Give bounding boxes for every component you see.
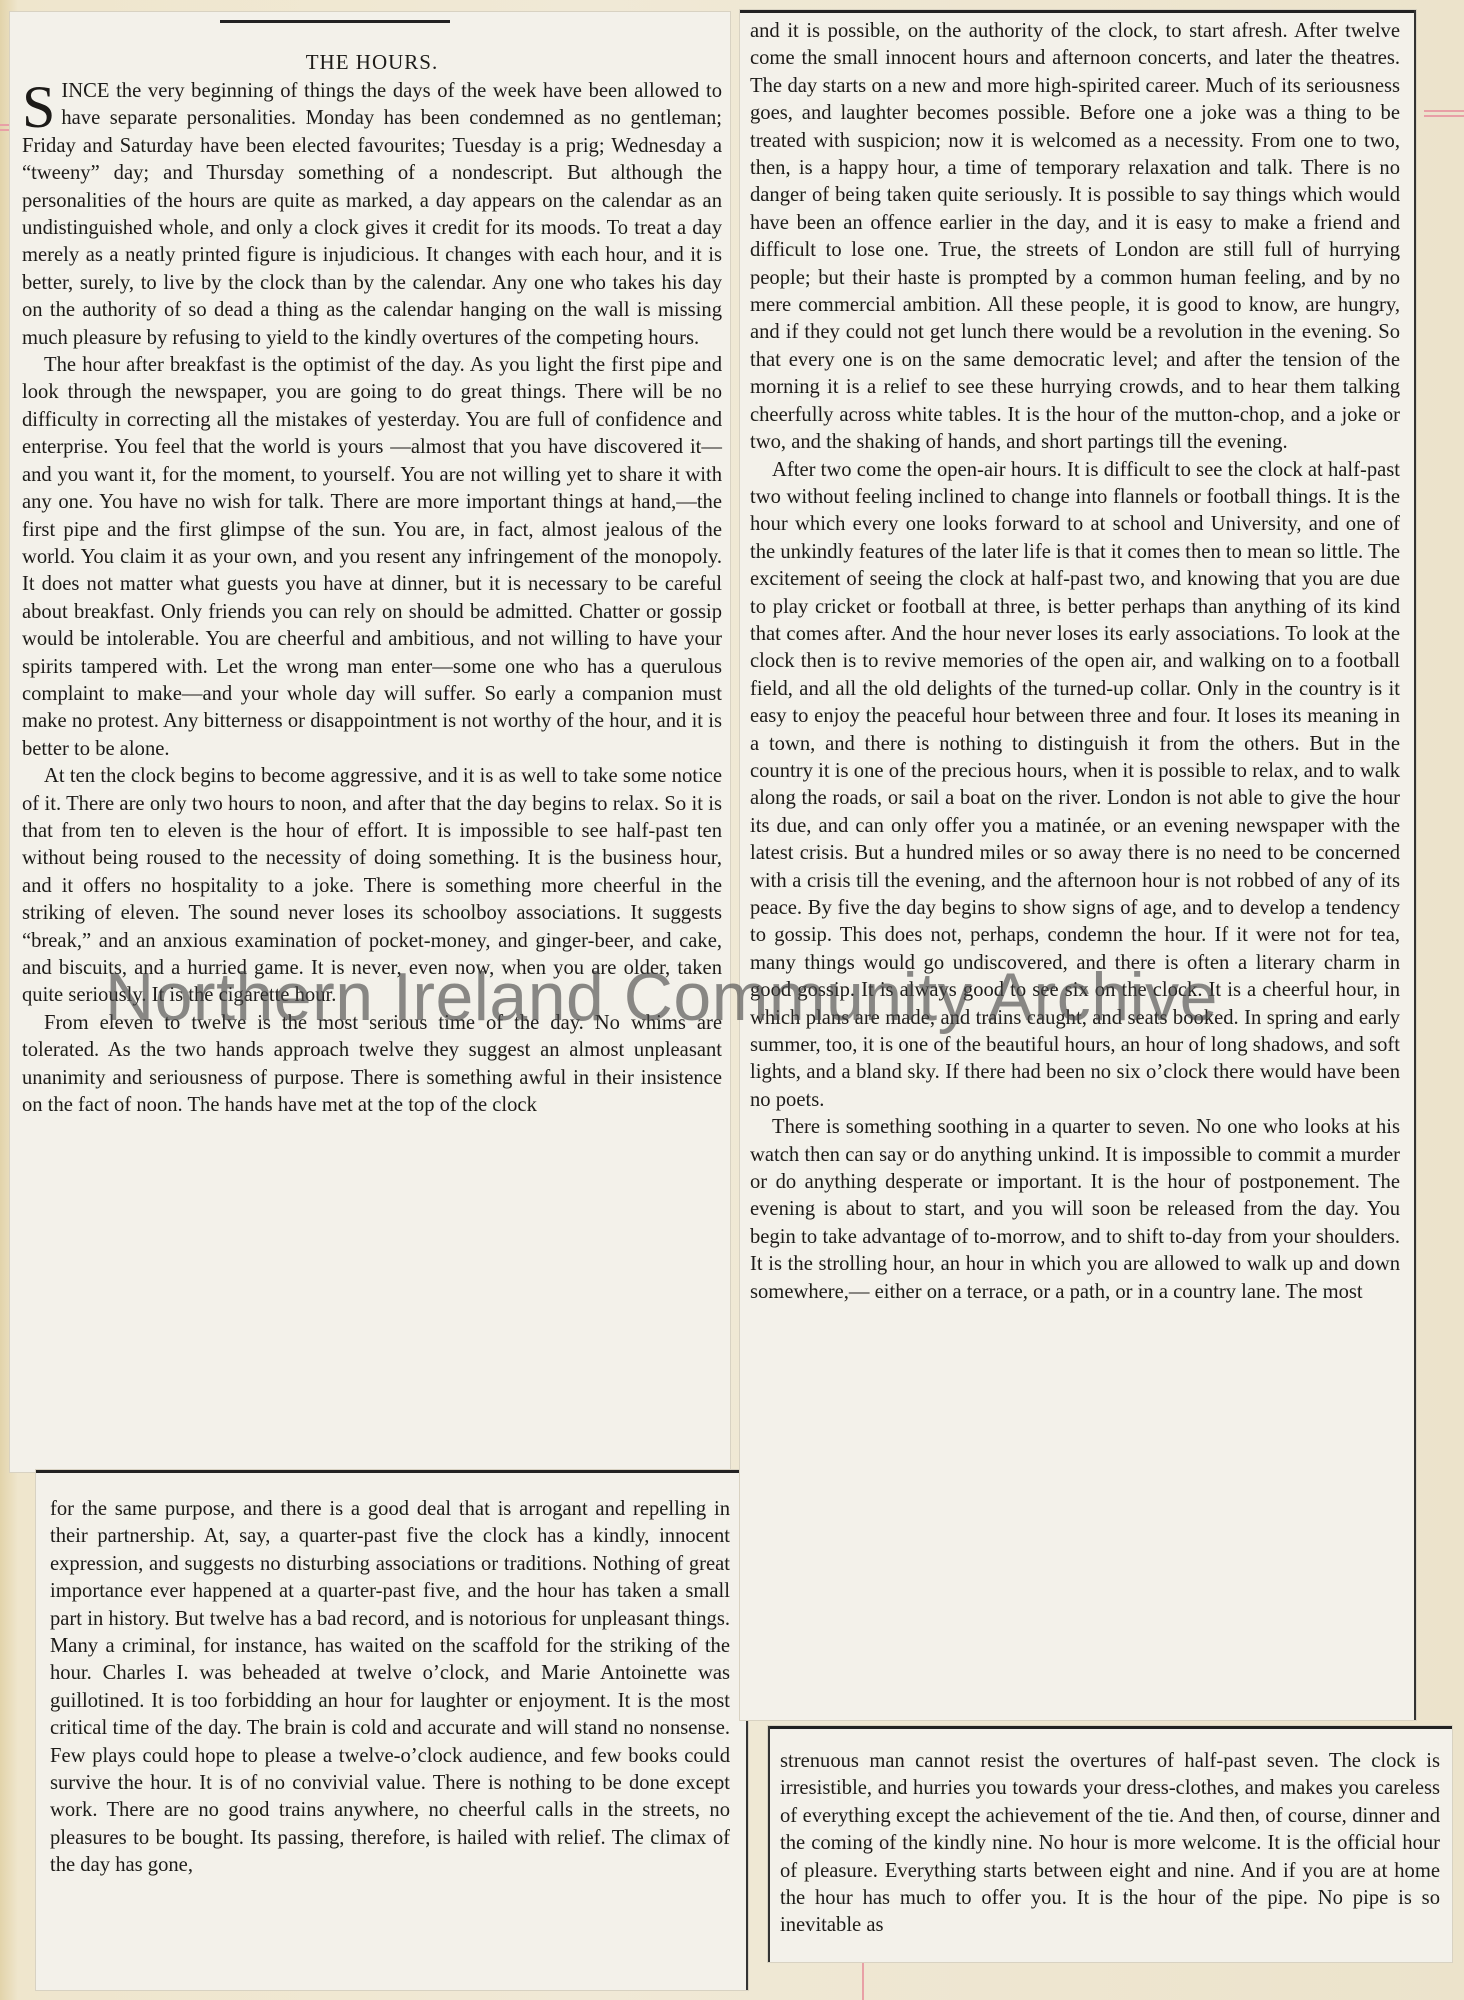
header-rule [220, 20, 450, 23]
paragraph: SINCE the very beginning of things the d… [22, 78, 722, 352]
paragraph-text: INCE the very beginning of things the da… [22, 80, 722, 349]
header-rule [768, 1726, 1452, 1729]
article-body: for the same purpose, and there is a goo… [50, 1496, 730, 1880]
paragraph: strenuous man cannot resist the overture… [780, 1748, 1440, 1940]
paragraph: for the same purpose, and there is a goo… [50, 1496, 730, 1880]
drop-cap: S [22, 78, 61, 132]
article-body: strenuous man cannot resist the overture… [780, 1748, 1440, 1940]
paragraph: and it is possible, on the authority of … [750, 18, 1400, 457]
clipping-right-bottom: strenuous man cannot resist the overture… [768, 1726, 1452, 1962]
clipping-left-top: THE HOURS. SINCE the very beginning of t… [10, 12, 730, 1472]
paragraph: After two come the open-air hours. It is… [750, 457, 1400, 1115]
article-body: THE HOURS. SINCE the very beginning of t… [22, 48, 722, 1119]
header-rule [740, 10, 1416, 13]
paragraph: At ten the clock begins to become aggres… [22, 763, 722, 1010]
margin-rule [1424, 115, 1464, 117]
clipping-right-top: and it is possible, on the authority of … [740, 10, 1416, 1720]
clip-edge [1414, 10, 1416, 1720]
paragraph: The hour after breakfast is the optimist… [22, 352, 722, 763]
header-rule [36, 1470, 748, 1473]
article-body: and it is possible, on the authority of … [750, 18, 1400, 1306]
clip-edge [768, 1726, 770, 1962]
article-title: THE HOURS. [22, 48, 722, 76]
paragraph: From eleven to twelve is the most seriou… [22, 1010, 722, 1120]
clipping-left-bottom: for the same purpose, and there is a goo… [36, 1470, 748, 1990]
paragraph: There is something soothing in a quarter… [750, 1114, 1400, 1306]
margin-rule [1424, 110, 1464, 112]
